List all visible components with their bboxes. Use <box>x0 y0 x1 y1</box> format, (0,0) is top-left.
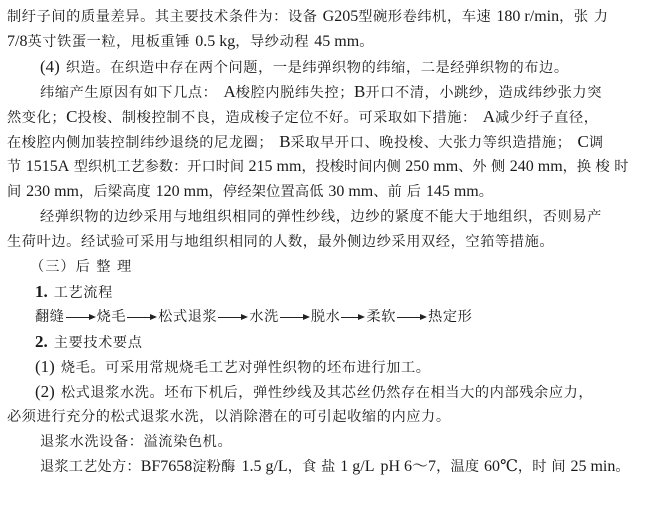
arrow-right-icon <box>280 312 310 322</box>
text: ，食 盐 <box>288 459 341 475</box>
text-line: 然变化；C投梭、制梭控制不良，造成梭子定位不好。可采取如下措施：A减少纡子直径， <box>7 106 645 128</box>
text: ，停经架位置高低 <box>209 184 329 200</box>
text: ，换 梭 时 <box>563 159 629 175</box>
text: 型织机工艺参数：开口时间 <box>69 159 248 175</box>
text: 、外 侧 <box>458 159 510 175</box>
flow-step: 烧毛 <box>97 309 127 325</box>
text-line: (4)织造。在织造中存在两个问题，一是纬弹织物的纬缩，二是经弹织物的布边。 <box>40 56 645 78</box>
text-line: 间 230 mm，后梁高度 120 mm，停经架位置高低 30 mm、前 后 1… <box>7 181 645 203</box>
loom-model: 1515A <box>26 158 70 175</box>
speed-value: 180 r/min <box>496 8 559 25</box>
temp-value: 60℃ <box>484 458 518 475</box>
text-line: 制纡子间的质量差异。其主要技术条件为：设备 G205型碗形卷纬机，车速 180 … <box>7 6 645 28</box>
text: 纬缩产生原因有如下几点： <box>40 85 217 101</box>
label-a: A <box>483 107 495 126</box>
dropper-height-value: 30 mm <box>328 183 373 200</box>
document-page: 制纡子间的质量差异。其主要技术条件为：设备 G205型碗形卷纬机，车速 180 … <box>0 0 651 514</box>
text: ，张 力 <box>559 9 608 25</box>
subsection-title: 主要技术要点 <box>54 335 143 351</box>
flow-step: 翻缝 <box>35 309 65 325</box>
text-line: 经弹织物的边纱采用与地组织相同的弹性纱线，边纱的紧度不能大于地组织，否则易产 <box>40 206 645 228</box>
arrow-right-icon <box>341 312 365 322</box>
arrow-right-icon <box>218 312 248 322</box>
text: ，投梭时间内侧 <box>301 159 405 175</box>
item-number: (1) <box>35 357 55 376</box>
subsection-heading: 2.主要技术要点 <box>35 331 645 353</box>
text-line: 节 1515A 型织机工艺参数：开口时间 215 mm，投梭时间内侧 250 m… <box>7 156 645 178</box>
flow-step: 水洗 <box>249 309 279 325</box>
text: 梭腔内脱纬失控； <box>236 85 354 101</box>
label-c: C <box>578 132 589 151</box>
beam-height-value: 120 mm <box>156 183 209 200</box>
text: 节 <box>7 159 26 175</box>
text: 烧毛。可采用常规烧毛工艺对弹性织物的坯布进行加工。 <box>61 360 431 376</box>
text: 采取早开口、晚投梭、大张力等织造措施； <box>291 135 572 151</box>
text: ，后梁高度 <box>79 184 156 200</box>
text: 。 <box>615 459 629 475</box>
text: ，导纱动程 <box>235 34 314 50</box>
arrow-right-icon <box>397 312 427 322</box>
text-line: 生荷叶边。经试验可采用与地组织相同的人数，最外侧边纱采用双经，空筘等措施。 <box>7 231 645 253</box>
text: 间 <box>7 184 26 200</box>
section-heading: （三）后 整 理 <box>30 256 645 278</box>
text: 开口不清，小跳纱，造成纬纱张力突 <box>365 85 602 101</box>
text: 调 <box>589 135 604 151</box>
label-b: B <box>354 82 365 101</box>
text: 英寸铁蛋一粒，甩板重锤 <box>27 34 195 50</box>
text: 生荷叶边。经试验可采用与地组织相同的人数，最外侧边纱采用双经，空筘等措施。 <box>7 234 554 250</box>
text-line: (1)烧毛。可采用常规烧毛工艺对弹性织物的坯布进行加工。 <box>35 356 645 378</box>
text: 、前 后 <box>373 184 426 200</box>
text-line: 必须进行充分的松式退浆水洗，以消除潜在的可引起收缩的内应力。 <box>7 406 645 428</box>
subsection-title: 工艺流程 <box>54 285 113 301</box>
process-flow: 翻缝烧毛松式退浆水洗脱水柔软热定形 <box>35 306 645 328</box>
arrow-right-icon <box>66 312 96 322</box>
salt-dose: 1 g/L <box>340 458 374 475</box>
text: 松式退浆水洗。坯布下机后，弹性纱线及其芯丝仍然存在相当大的内部残余应力， <box>61 385 593 401</box>
open-time-value: 215 mm <box>249 158 302 175</box>
text: 减少纡子直径， <box>495 110 599 126</box>
text: ，温度 <box>436 459 484 475</box>
weight-value: 0.5 kg <box>195 33 235 50</box>
text-line: 退浆水洗设备：溢流染色机。 <box>40 431 645 453</box>
enzyme-dose: 1.5 g/L <box>241 458 287 475</box>
label-c: C <box>66 107 77 126</box>
text: 。 <box>359 34 374 50</box>
text: 退浆水洗设备：溢流染色机。 <box>40 434 232 450</box>
text-line: 7/8英寸铁蛋一粒，甩板重锤 0.5 kg，导纱动程 45 mm。 <box>7 31 645 53</box>
text: 经弹织物的边纱采用与地组织相同的弹性纱线，边纱的紧度不能大于地组织，否则易产 <box>40 209 602 225</box>
flow-step: 松式退浆 <box>158 309 217 325</box>
subsection-heading: 1.工艺流程 <box>35 281 645 303</box>
text: 淀粉酶 <box>192 459 235 475</box>
text-line: 在梭腔内侧加装控制纬纱退绕的尼龙圈；B采取早开口、晚投梭、大张力等织造措施；C调 <box>7 131 645 153</box>
item-number: (2) <box>35 382 55 401</box>
ratio-value: 7/8 <box>7 33 27 50</box>
text: 型碗形卷纬机，车速 <box>358 9 496 25</box>
text: 织造。在织造中存在两个问题，一是纬弹织物的纬缩，二是经弹织物的布边。 <box>66 60 569 76</box>
time-value: 25 min <box>570 458 615 475</box>
arrow-right-icon <box>127 312 157 322</box>
text: 退浆工艺处方： <box>40 459 141 475</box>
change-time-value: 230 mm <box>26 183 79 200</box>
text: 必须进行充分的松式退浆水洗，以消除潜在的可引起收缩的内应力。 <box>7 409 451 425</box>
label-b: B <box>279 132 290 151</box>
text: 然变化； <box>7 110 66 126</box>
text: ，时 间 <box>518 459 571 475</box>
item-number: (4) <box>40 57 60 76</box>
label-a: A <box>223 82 235 101</box>
subsection-number: 2. <box>35 332 48 351</box>
text: 制纡子间的质量差异。其主要技术条件为：设备 <box>7 9 323 25</box>
enzyme-code: BF7658 <box>141 458 193 475</box>
text: 。 <box>479 184 493 200</box>
text: 在梭腔内侧加装控制纬纱退绕的尼龙圈； <box>7 135 273 151</box>
inner-value: 250 mm <box>405 158 458 175</box>
stroke-value: 45 mm <box>314 33 359 50</box>
heading-text: （三）后 整 理 <box>30 259 132 275</box>
subsection-number: 1. <box>35 282 48 301</box>
dropper-depth-value: 145 mm <box>426 183 479 200</box>
ph-value: pH 6～7 <box>381 458 437 475</box>
flow-step: 脱水 <box>311 309 341 325</box>
outer-value: 240 mm <box>510 158 563 175</box>
text-line: 纬缩产生原因有如下几点：A梭腔内脱纬失控；B开口不清，小跳纱，造成纬纱张力突 <box>40 81 645 103</box>
text: 投梭、制梭控制不良，造成梭子定位不好。可采取如下措施： <box>78 110 477 126</box>
text-line: (2)松式退浆水洗。坯布下机后，弹性纱线及其芯丝仍然存在相当大的内部残余应力， <box>35 381 645 403</box>
flow-step: 热定形 <box>428 309 472 325</box>
recipe-line: 退浆工艺处方：BF7658淀粉酶1.5 g/L，食 盐 1 g/LpH 6～7，… <box>40 456 645 478</box>
machine-model: G205 <box>323 8 359 25</box>
flow-step: 柔软 <box>366 309 396 325</box>
